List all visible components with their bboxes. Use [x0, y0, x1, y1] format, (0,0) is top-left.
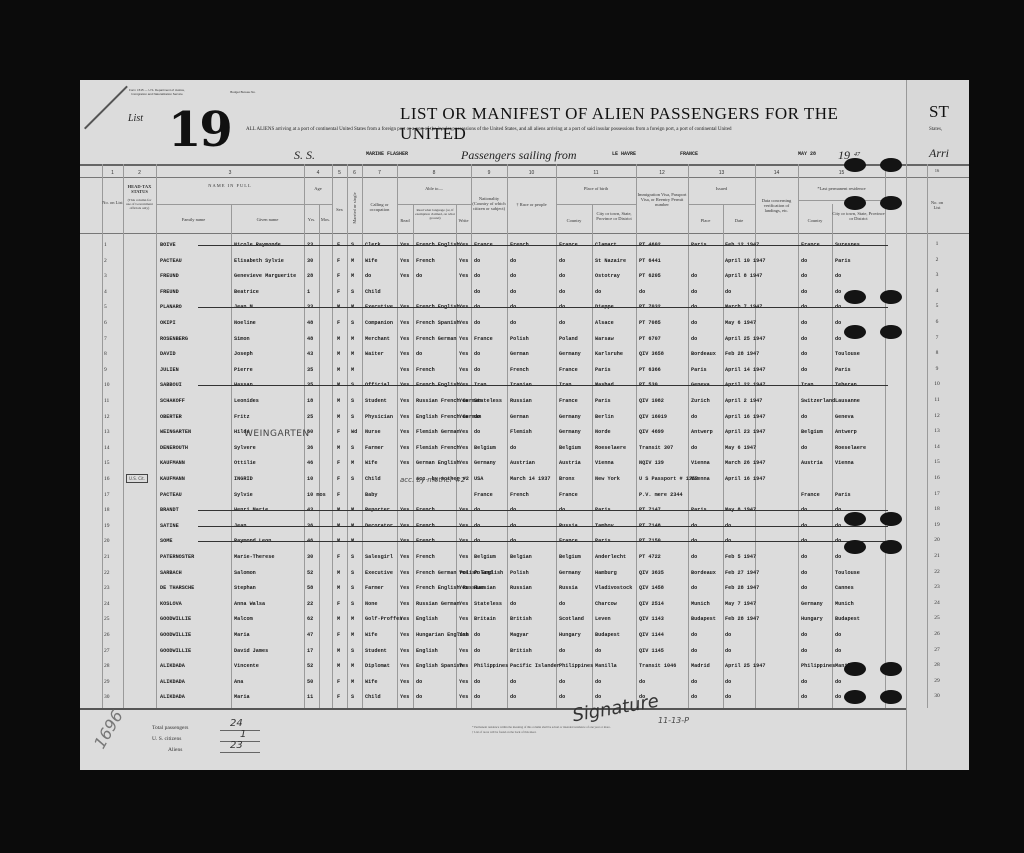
age: 17	[307, 648, 313, 654]
sex: M	[337, 414, 340, 420]
age: 47	[307, 632, 313, 638]
family-name: GOODWILLIE	[160, 616, 191, 622]
punch-hole	[844, 158, 866, 172]
rownum-cell: 30	[104, 694, 110, 700]
issued-date: Feb 28 1947	[725, 616, 759, 622]
right-row-number: 26	[931, 632, 943, 637]
race: do	[510, 289, 516, 295]
right-row-number: 21	[931, 554, 943, 559]
occupation: Physician	[365, 414, 393, 420]
marital-status: M	[351, 336, 354, 342]
marital-status: S	[351, 648, 354, 654]
given-name: Stephan	[234, 585, 256, 591]
family-name: PACTEAU	[160, 492, 182, 498]
marital-status: M	[351, 663, 354, 669]
right-row-number: 7	[931, 336, 943, 341]
manifest-subtitle: ALL ALIENS arriving at a port of contine…	[246, 127, 906, 132]
birth-city: New York	[595, 476, 620, 482]
punch-hole	[880, 325, 902, 339]
residence-city: Budapest	[835, 616, 860, 622]
birth-country: Hungary	[559, 632, 581, 638]
punch-hole	[880, 512, 902, 526]
can-read: Yes	[400, 398, 409, 404]
right-row-number: 29	[931, 679, 943, 684]
languages: German English	[416, 460, 460, 466]
punch-hole	[880, 662, 902, 676]
nationality: Belgium	[474, 445, 496, 451]
family-name: SCHAKOFF	[160, 398, 185, 404]
us-citizens-value: 1	[240, 729, 246, 740]
issued-date: Feb 28 1947	[725, 351, 759, 357]
marital-status: S	[351, 414, 354, 420]
residence-city: do	[835, 648, 841, 654]
family-name: SABBOUI	[160, 382, 182, 388]
age: 50	[307, 679, 313, 685]
hdr-issued-place: Place	[688, 218, 723, 223]
age: 18	[307, 398, 313, 404]
can-write: Yes	[459, 570, 468, 576]
hdr-head-tax: HEAD-TAX STATUS	[123, 184, 156, 194]
rownum-cell: 10	[104, 382, 110, 388]
issued-date: do	[725, 632, 731, 638]
nationality: USA	[474, 476, 483, 482]
family-name: FREUND	[160, 273, 179, 279]
hdr-no-on-list-right: No. on List	[929, 200, 945, 210]
residence-country: do	[801, 367, 807, 373]
col-num-6: 6	[347, 170, 362, 176]
punch-hole	[880, 158, 902, 172]
rownum-cell: 25	[104, 616, 110, 622]
race: do	[510, 694, 516, 700]
manifest-sheet: Form I-515 — U.S. Department of Justice,…	[80, 80, 906, 770]
rownum-cell: 19	[104, 523, 110, 529]
residence-city: do	[835, 554, 841, 560]
age: 36	[307, 445, 313, 451]
hdr-birth-country: Country	[556, 218, 592, 223]
residence-country: do	[801, 289, 807, 295]
residence-country: do	[801, 648, 807, 654]
title-continuation: ST	[929, 102, 949, 122]
race: do	[510, 273, 516, 279]
birth-country: do	[559, 601, 565, 607]
age: 58	[307, 585, 313, 591]
strikethrough-line	[198, 245, 888, 246]
birth-country: Russia	[559, 585, 578, 591]
passenger-row: 11SCHAKOFFLeonides18MSStudentYesRussian …	[80, 394, 906, 409]
right-row-number: 4	[931, 289, 943, 294]
residence-city: Cannes	[835, 585, 854, 591]
birth-country: France	[559, 492, 578, 498]
race: Belgian	[510, 554, 532, 560]
punch-hole	[844, 196, 866, 210]
languages: Flemish German	[416, 429, 460, 435]
right-row-number: 19	[931, 523, 943, 528]
residence-country: do	[801, 585, 807, 591]
right-row-number: 11	[931, 398, 943, 403]
residence-city: do	[835, 632, 841, 638]
occupation: Executive	[365, 570, 393, 576]
col-num-4: 4	[304, 170, 332, 176]
ship-name: MARINE FLASHER	[366, 151, 408, 157]
rule	[907, 233, 969, 234]
col-num-5: 5	[332, 170, 347, 176]
passenger-row: 24KOSLOVAAnna Walsa22FSNoneYesRussian Ge…	[80, 597, 906, 612]
race: Flemish	[510, 429, 532, 435]
can-read: Yes	[400, 320, 409, 326]
subhdr-rule	[556, 204, 636, 205]
subhdr-rule	[397, 204, 471, 205]
family-name: OKIPI	[160, 320, 176, 326]
issued-date: do	[725, 648, 731, 654]
rule-top	[907, 164, 969, 166]
can-read: Yes	[400, 679, 409, 685]
passenger-row: 3FREUNDGenevieve Marguerite28FMdoYesdoYe…	[80, 269, 906, 284]
hdr-issued-date: Date	[723, 218, 755, 223]
residence-country: do	[801, 570, 807, 576]
passenger-row: 15KAUFMANNOttilie46FMWifeYesGerman Engli…	[80, 456, 906, 471]
col-num-16: 16	[929, 168, 945, 173]
birth-city: do	[595, 289, 601, 295]
right-row-number: 15	[931, 460, 943, 465]
given-name: Vincente	[234, 663, 259, 669]
birth-country: Germany	[559, 429, 581, 435]
residence-city: Vienna	[835, 460, 854, 466]
hdr-sex: Sex	[332, 207, 347, 212]
sex: F	[337, 258, 340, 264]
languages: French	[416, 258, 435, 264]
departure-date: MAY 28	[798, 151, 816, 157]
col-divider	[927, 164, 928, 708]
issued-date: April 16 1947	[725, 476, 765, 482]
right-row-number: 27	[931, 648, 943, 653]
given-name: Joseph	[234, 351, 253, 357]
nationality: Britain	[474, 616, 496, 622]
marital-status: M	[351, 632, 354, 638]
sex: M	[337, 648, 340, 654]
given-name: Sylvie	[234, 492, 253, 498]
issued-date: May 6 1947	[725, 445, 756, 451]
can-write: Yes	[459, 414, 468, 420]
residence-country: Hungary	[801, 616, 823, 622]
strikethrough-line	[198, 307, 888, 308]
can-write: Yes	[459, 585, 468, 591]
sex: M	[337, 398, 340, 404]
birth-country: do	[559, 289, 565, 295]
given-name: Malcom	[234, 616, 253, 622]
nationality: do	[474, 429, 480, 435]
race: French	[510, 367, 529, 373]
marital-status: M	[351, 616, 354, 622]
residence-city: Toulouse	[835, 351, 860, 357]
nationality: do	[474, 273, 480, 279]
punch-hole	[844, 290, 866, 304]
residence-country: Austria	[801, 460, 823, 466]
sex: F	[337, 273, 340, 279]
residence-country: do	[801, 679, 807, 685]
rownum-cell: 5	[104, 304, 107, 310]
birth-country: do	[559, 273, 565, 279]
hdr-age-mos: Mos.	[319, 217, 332, 222]
given-name: Ottilie	[234, 460, 256, 466]
occupation: Baby	[365, 492, 377, 498]
birth-country: Philippines	[559, 663, 593, 669]
birth-city: Anderlecht	[595, 554, 626, 560]
visa-number: do	[639, 679, 645, 685]
marital-status: S	[351, 601, 354, 607]
issued-place: do	[691, 336, 697, 342]
passenger-row: 26GOODWILLIEMaria47FMWifeYesHungarian En…	[80, 628, 906, 643]
family-name: DE THARSCHE	[160, 585, 194, 591]
col-num-14: 14	[755, 170, 798, 176]
visa-number: U S Passport # 1352	[639, 476, 698, 482]
issued-place: do	[691, 585, 697, 591]
us-citizens-label: U. S. citizens	[152, 736, 181, 742]
passenger-row: 6OKIPINoeline48FSCompanionYesFrench Span…	[80, 316, 906, 331]
occupation: Waiter	[365, 351, 384, 357]
marital-status: Wd	[351, 429, 357, 435]
passenger-row: 12OBERTERFritz25MSPhysicianYesEnglish Fr…	[80, 410, 906, 425]
col-num-1: 1	[102, 170, 123, 176]
can-read: Yes	[400, 336, 409, 342]
residence-country: do	[801, 258, 807, 264]
sex: M	[337, 570, 340, 576]
issued-date: Feb 27 1947	[725, 570, 759, 576]
punch-hole	[844, 662, 866, 676]
us-citizen-stamp: U.S. Cit.	[126, 474, 148, 483]
languages: do	[416, 679, 422, 685]
col-num-3: 3	[156, 170, 304, 176]
birth-city: Vladivostock	[595, 585, 632, 591]
subhdr-rule	[304, 204, 332, 205]
marital-status: S	[351, 476, 354, 482]
age: 43	[307, 351, 313, 357]
birth-city: St Nazaire	[595, 258, 626, 264]
passenger-row: 4FREUNDBeatrice1FSChilddodododododododod…	[80, 285, 906, 300]
family-name: ROSENBERG	[160, 336, 188, 342]
issued-date: April 25 1947	[725, 336, 765, 342]
occupation: Child	[365, 694, 381, 700]
hdr-no-on-list: No. on List	[102, 200, 123, 205]
next-page-edge: ST States, Arri 16 No. on List 123456789…	[906, 80, 969, 770]
birth-country: do	[559, 648, 565, 654]
rownum-cell: 11	[104, 398, 109, 404]
right-row-number: 10	[931, 382, 943, 387]
rownum-cell: 18	[104, 507, 110, 513]
residence-country: Belgium	[801, 429, 823, 435]
given-name: Maria	[234, 632, 250, 638]
languages: do	[416, 273, 422, 279]
issued-date: May 7 1947	[725, 601, 756, 607]
birth-country: do	[559, 694, 565, 700]
given-name: Noeline	[234, 320, 256, 326]
family-name: PLANARO	[160, 304, 182, 310]
marital-status: S	[351, 398, 354, 404]
rownum-cell: 2	[104, 258, 107, 264]
passenger-row: 14DENEROUTHSylvere36MSFarmerYesFlemish F…	[80, 441, 906, 456]
nationality: do	[474, 414, 480, 420]
passenger-row: 17PACTEAUSylvie10 mosFBabyFranceFrenchFr…	[80, 488, 906, 503]
issued-date: do	[725, 679, 731, 685]
sex: M	[337, 616, 340, 622]
given-name: Simon	[234, 336, 250, 342]
can-write: Yes	[459, 336, 468, 342]
birth-city: Karlsruhe	[595, 351, 623, 357]
passenger-row: 7ROSENBERGSimon48MMMerchantYesFrench Ger…	[80, 332, 906, 347]
right-row-number: 17	[931, 492, 943, 497]
passenger-row: 20SOMERaymond Leon46MMYesFrenchYesdodoFr…	[80, 534, 906, 549]
age: 62	[307, 616, 313, 622]
can-read: Yes	[400, 694, 409, 700]
footnote-races: † List of races will be found on the bac…	[472, 730, 732, 734]
punch-hole	[844, 540, 866, 554]
age: 35	[307, 367, 313, 373]
residence-country: do	[801, 694, 807, 700]
hdr-last-residence: *Last permanent residence	[798, 186, 885, 191]
given-name: INGRID	[234, 476, 253, 482]
languages: English	[416, 616, 438, 622]
can-read: Yes	[400, 648, 409, 654]
occupation: Diplomat	[365, 663, 390, 669]
age: 25	[307, 414, 313, 420]
birth-country: Germany	[559, 414, 581, 420]
birth-city: Roeselaere	[595, 445, 626, 451]
residence-country: do	[801, 320, 807, 326]
birth-city: Vienna	[595, 460, 614, 466]
col-num-12: 12	[636, 170, 688, 176]
family-name: ALIKDADA	[160, 694, 185, 700]
hdr-place-of-birth: Place of birth	[556, 186, 636, 191]
hdr-married-single: Married or single	[352, 188, 357, 228]
ss-label: S. S.	[294, 148, 315, 163]
arriving-label: Arri	[929, 146, 949, 161]
issued-place: do	[691, 445, 697, 451]
age: 48	[307, 320, 313, 326]
marital-status: S	[351, 554, 354, 560]
passenger-row: 13WEINGARTENHilda60FWdNurseYesFlemish Ge…	[80, 425, 906, 440]
age: 52	[307, 570, 313, 576]
family-name: GOODWILLIE	[160, 648, 191, 654]
race: do	[510, 320, 516, 326]
right-row-number: 9	[931, 367, 943, 372]
sex: F	[337, 289, 340, 295]
given-name: Beatrice	[234, 289, 259, 295]
given-name: Marie-Therese	[234, 554, 274, 560]
hdr-able-to: Able to—	[397, 186, 471, 191]
languages: French German	[416, 336, 456, 342]
languages: do	[416, 351, 422, 357]
visa-number: QIV 1145	[639, 648, 664, 654]
nationality: do	[474, 632, 480, 638]
rownum-cell: 6	[104, 320, 107, 326]
age: 48	[307, 336, 313, 342]
passenger-row: 8DAVIDJoseph43MMWaiterYesdoYesdoGermanGe…	[80, 347, 906, 362]
can-read: Yes	[400, 616, 409, 622]
hdr-age-yrs: Yrs.	[304, 217, 319, 222]
nationality: Philippines	[474, 663, 508, 669]
family-name: BOIVE	[160, 242, 176, 248]
handwritten-note-row16: acc. by mother #2	[400, 476, 465, 484]
race: Polish	[510, 336, 529, 342]
residence-city: Paris	[835, 258, 851, 264]
visa-number: Transit 1046	[639, 663, 676, 669]
residence-city: do	[835, 336, 841, 342]
rule-colnums	[80, 177, 906, 178]
can-read: Yes	[400, 601, 409, 607]
languages: English	[416, 648, 438, 654]
birth-city: Warsaw	[595, 336, 614, 342]
passenger-row: 10SABBOUIHassan35MSOfficialYesFrench Eng…	[80, 378, 906, 393]
age: 46	[307, 460, 313, 466]
residence-city: do	[835, 289, 841, 295]
right-row-number: 3	[931, 273, 943, 278]
nationality: do	[474, 679, 480, 685]
nationality: do	[474, 351, 480, 357]
hdr-given-name: Given name	[231, 217, 304, 222]
passenger-row: 18BRANDTHenri Marie43MMReporterYesFrench…	[80, 503, 906, 518]
issued-date: March 26 1947	[725, 460, 765, 466]
hdr-verification: Data concerning verification of landings…	[755, 198, 798, 213]
passenger-row: 23DE THARSCHEStephan58MSFarmerYesFrench …	[80, 581, 906, 596]
rownum-cell: 13	[104, 429, 110, 435]
birth-country: France	[559, 398, 578, 404]
issued-place: Madrid	[691, 663, 710, 669]
race: do	[510, 258, 516, 264]
rule-table-bottom	[80, 708, 906, 710]
marital-status: S	[351, 694, 354, 700]
visa-number: QIV 1144	[639, 632, 664, 638]
race: Polish	[510, 570, 529, 576]
languages: French	[416, 367, 435, 373]
languages: Flemish French	[416, 445, 460, 451]
occupation: Student	[365, 398, 387, 404]
rownum-cell: 24	[104, 601, 110, 607]
nationality: Germany	[474, 460, 496, 466]
sex: M	[337, 585, 340, 591]
marital-status: M	[351, 460, 354, 466]
can-read: Yes	[400, 663, 409, 669]
residence-city: do	[835, 273, 841, 279]
issued-place: do	[691, 632, 697, 638]
can-read: Yes	[400, 429, 409, 435]
right-row-number: 30	[931, 694, 943, 699]
given-name: Sylvere	[234, 445, 256, 451]
right-row-number: 25	[931, 616, 943, 621]
hdr-birth-city: City or town, State, Province or Distric…	[592, 211, 636, 221]
visa-number: PT 6205	[639, 273, 661, 279]
occupation: Farmer	[365, 585, 384, 591]
occupation: Wife	[365, 258, 377, 264]
residence-city: Paris	[835, 367, 851, 373]
hdr-read: Read	[397, 218, 413, 223]
family-name: WEINGARTEN	[160, 429, 191, 435]
col-num-8: 8	[397, 170, 471, 176]
age: 30	[307, 554, 313, 560]
residence-country: do	[801, 632, 807, 638]
hdr-res-city: City or town, State, Province or Distric…	[832, 211, 885, 221]
rule-top	[80, 164, 906, 166]
race: British	[510, 616, 532, 622]
issued-date: April 10 1947	[725, 258, 765, 264]
sex: M	[337, 351, 340, 357]
form-header-left: Form I-515 — U.S. Department of Justice,…	[122, 88, 192, 96]
languages: Russian German	[416, 601, 460, 607]
occupation: Wife	[365, 679, 377, 685]
aliens-label: Aliens	[168, 747, 182, 753]
right-row-number: 20	[931, 538, 943, 543]
age: 52	[307, 663, 313, 669]
can-write: Yes	[459, 367, 468, 373]
hdr-res-country: Country	[798, 218, 832, 223]
